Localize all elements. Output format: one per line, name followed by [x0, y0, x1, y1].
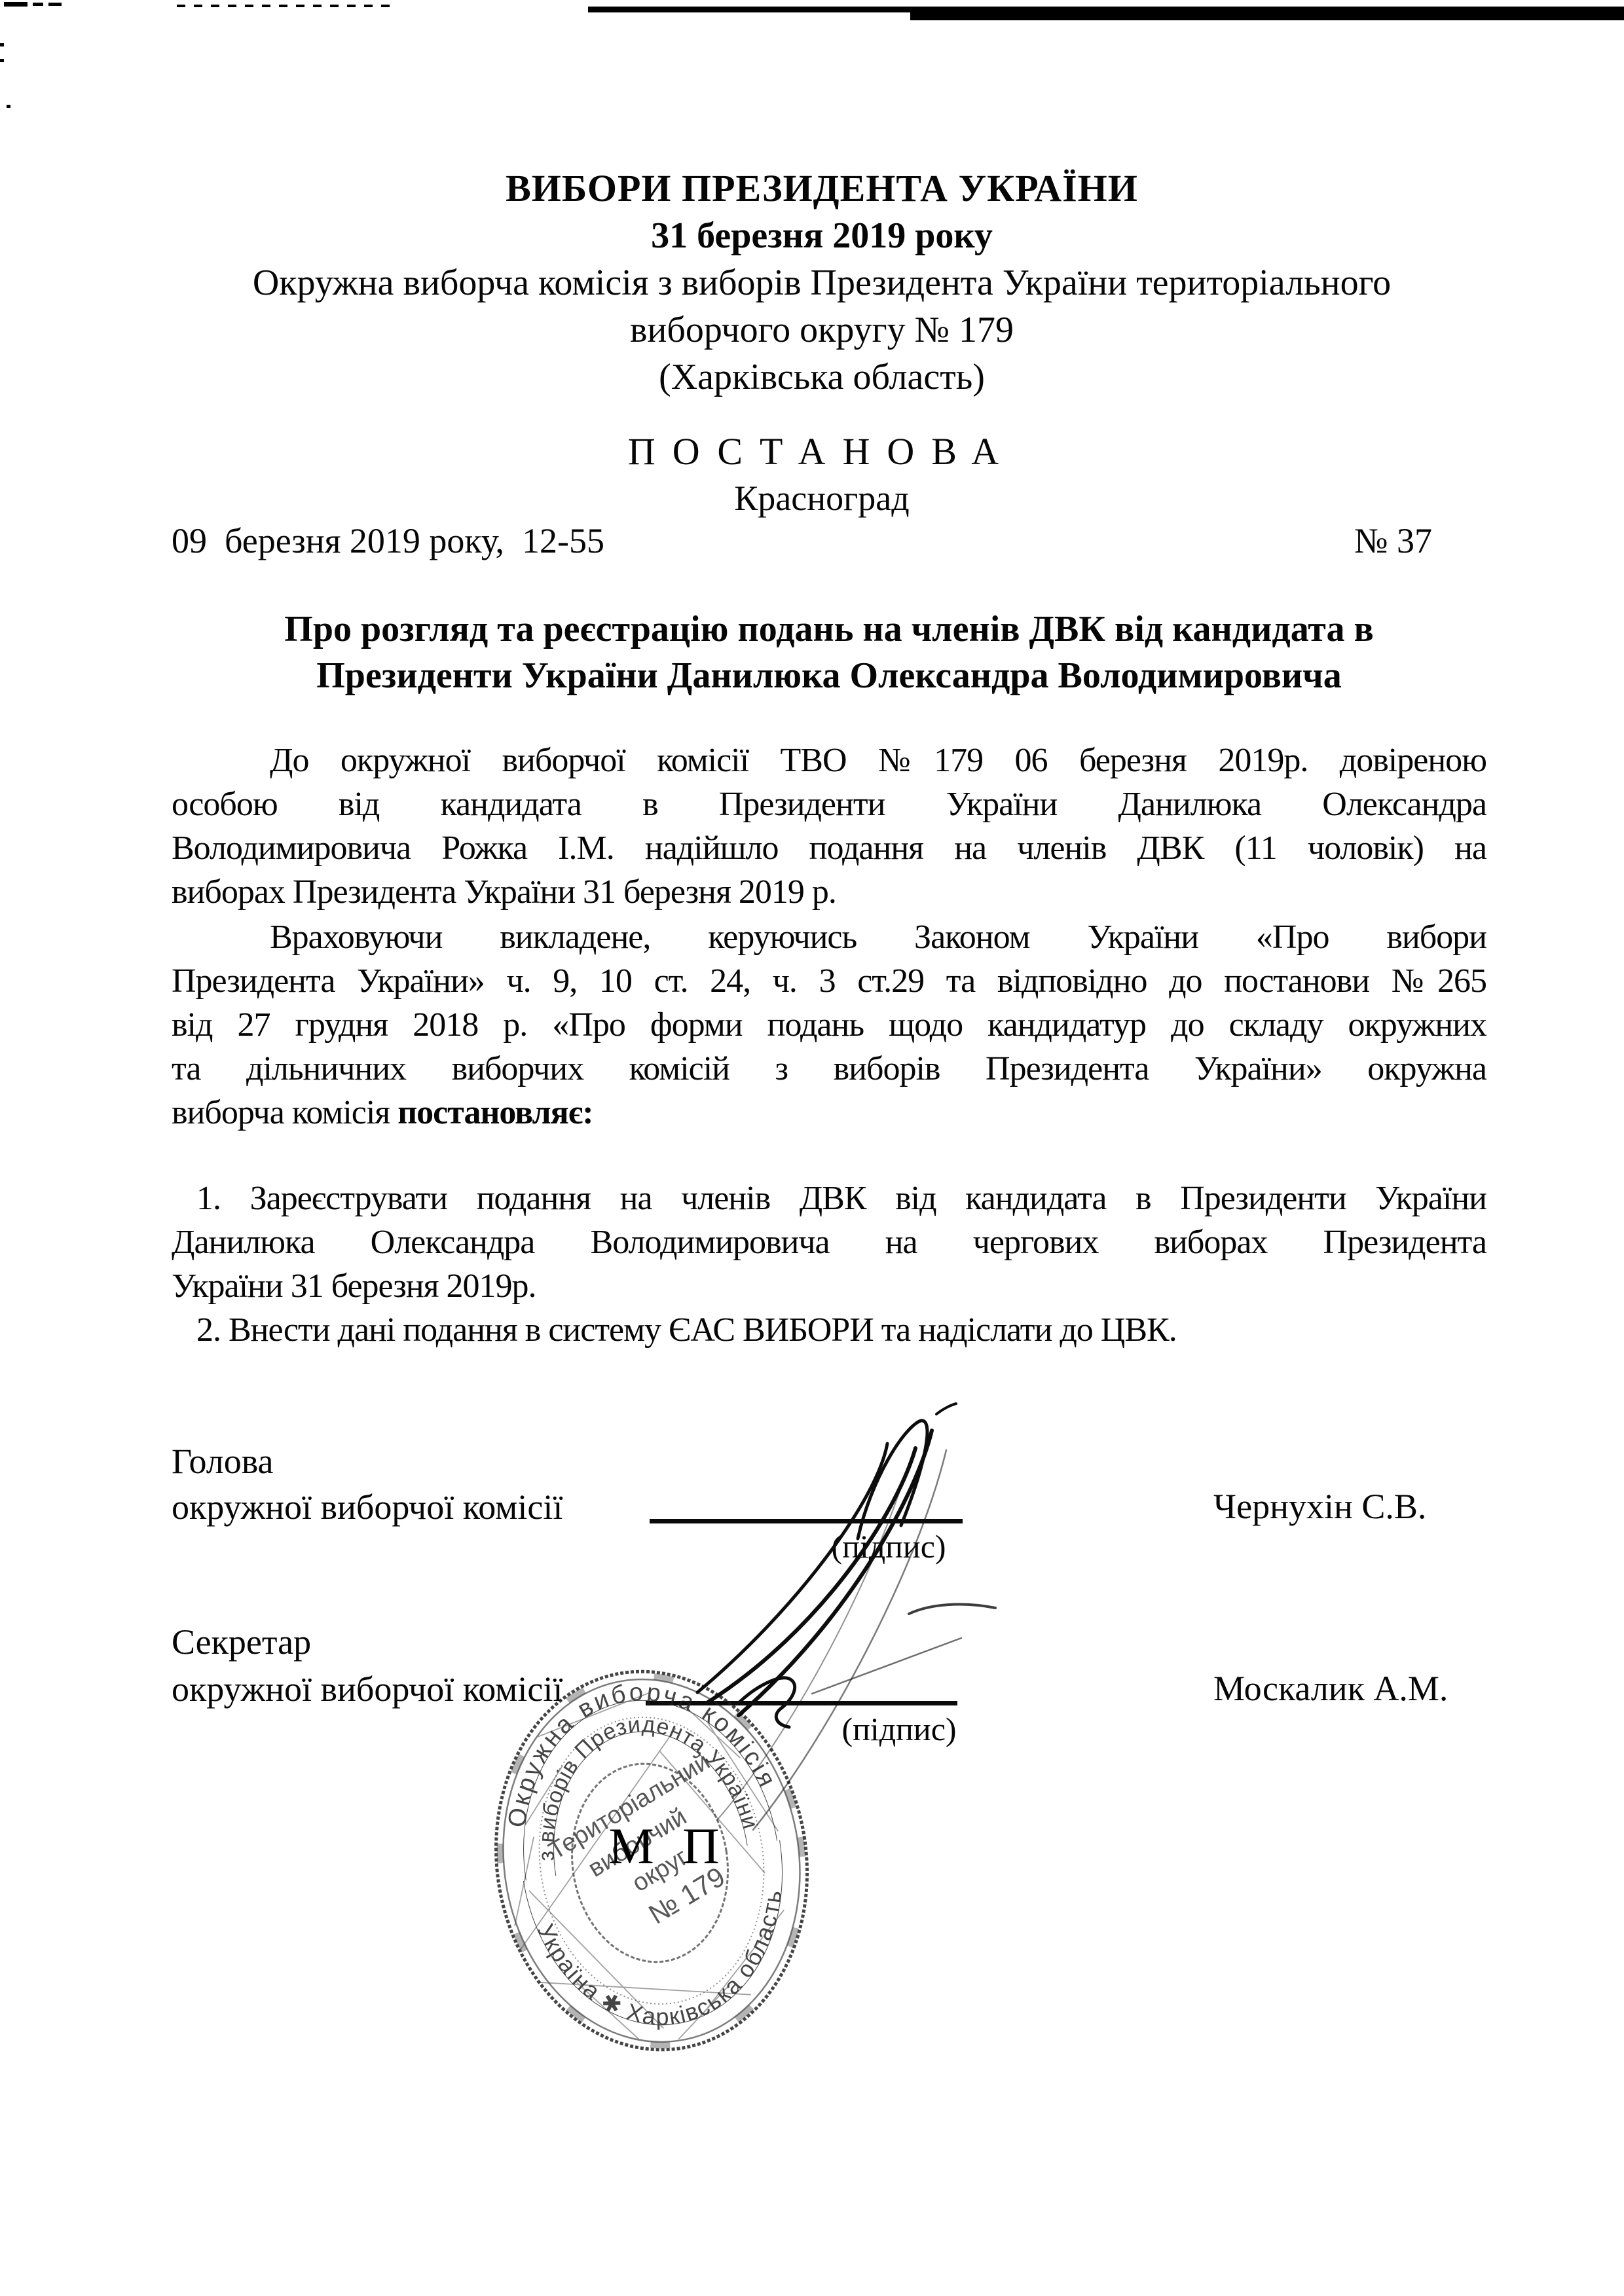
scan-artifact-line-thick: [910, 7, 1624, 20]
p2-line: Враховуючи викладене, керуючись Законом …: [172, 915, 1486, 959]
item1-line: Данилюка Олександра Володимировича на че…: [172, 1220, 1486, 1264]
p2-last-line: виборча комісія постановляє:: [172, 1091, 1486, 1135]
item2-line: 2. Внести дані подання в систему ЄАС ВИБ…: [172, 1308, 1486, 1352]
scan-artifact-dash2: [33, 3, 43, 6]
scan-artifact-dash3: [48, 3, 62, 6]
resolution-datetime: 09 березня 2019 року, 12-55: [172, 520, 604, 561]
scanned-document-page: ВИБОРИ ПРЕЗИДЕНТА УКРАЇНИ 31 березня 201…: [0, 0, 1624, 2296]
commission-name-line2: виборчого округу № 179: [92, 306, 1552, 354]
paragraph-1: До окружної виборчої комісії ТВО №179 06…: [172, 738, 1486, 914]
scan-artifact-dotline: [177, 5, 396, 7]
p2-line: та дільничних виборчих комісій з виборів…: [172, 1047, 1486, 1091]
resolution-number: № 37: [1354, 520, 1432, 561]
city-line: Красноград: [92, 478, 1552, 519]
chairman-role-line1: Голова: [172, 1440, 273, 1482]
secretary-name: Москалик А.М.: [1213, 1668, 1448, 1709]
p2-last-regular: виборча комісія: [172, 1094, 397, 1131]
p2-last-bold: постановляє:: [397, 1094, 593, 1131]
subject-heading: Про розгляд та реєстрацію подань на член…: [172, 606, 1486, 699]
subject-line2: Президенти України Данилюка Олександра В…: [172, 653, 1486, 699]
region-line: (Харківська область): [92, 354, 1552, 401]
p2-line: Президента України» ч. 9, 10 ст. 24, ч. …: [172, 959, 1486, 1003]
document-header: ВИБОРИ ПРЕЗИДЕНТА УКРАЇНИ 31 березня 201…: [92, 165, 1552, 401]
p1-line: До окружної виборчої комісії ТВО №179 06…: [172, 738, 1486, 782]
resolution-item-1: 1. Зареєструвати подання на членів ДВК в…: [172, 1176, 1486, 1308]
p1-line: особою від кандидата в Президенти Україн…: [172, 782, 1486, 826]
secretary-role-line1: Секретар: [172, 1621, 311, 1663]
chairman-signature: [697, 1404, 956, 1830]
scan-speck: [0, 59, 4, 62]
handwritten-signatures: [458, 1401, 1048, 2121]
scan-speck: [0, 43, 4, 46]
election-date: 31 березня 2019 року: [92, 212, 1552, 259]
scan-speck: [7, 105, 10, 108]
secretary-signature: [739, 1604, 995, 1727]
doc-type-title: ПОСТАНОВА: [92, 429, 1552, 473]
p2-line: від 27 грудня 2018 р. «Про форми подань …: [172, 1003, 1486, 1047]
item1-line: 1. Зареєструвати подання на членів ДВК в…: [172, 1176, 1486, 1220]
p1-line: Володимировича Рожка І.М. надійшло подан…: [172, 826, 1486, 870]
date-number-row: 09 березня 2019 року, 12-55 № 37: [172, 520, 1432, 561]
item1-line: України 31 березня 2019р.: [172, 1264, 1486, 1308]
subject-line1: Про розгляд та реєстрацію подань на член…: [172, 606, 1486, 653]
scan-artifact-dashes: [4, 2, 28, 7]
commission-name-line1: Окружна виборча комісія з виборів Презид…: [92, 259, 1552, 306]
paragraph-2: Враховуючи викладене, керуючись Законом …: [172, 915, 1486, 1135]
p1-line: виборах Президента України 31 березня 20…: [172, 870, 1486, 914]
election-title: ВИБОРИ ПРЕЗИДЕНТА УКРАЇНИ: [92, 165, 1552, 212]
chairman-name: Чернухін С.В.: [1213, 1486, 1426, 1527]
resolution-item-2: 2. Внести дані подання в систему ЄАС ВИБ…: [172, 1308, 1486, 1352]
